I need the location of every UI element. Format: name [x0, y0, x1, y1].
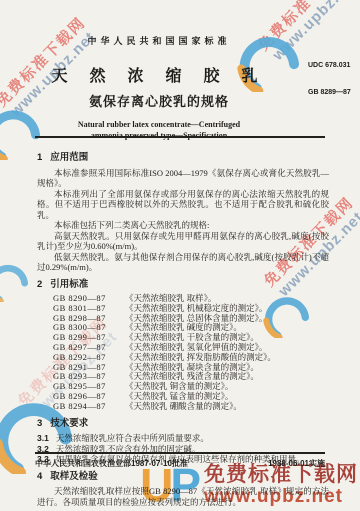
english-title-line1: Natural rubber latex concentrate—Centrif… — [78, 120, 240, 129]
paragraph: 本标准包括下列二类离心天然胶乳的规格: — [37, 220, 329, 231]
section-number: 3 — [37, 418, 42, 429]
section-number: 2 — [37, 279, 42, 290]
reference-item: GB 8294—87《天然胶乳 硼酸含量的测定》。 — [53, 402, 329, 412]
section-1-heading: 1应用范围 — [37, 153, 329, 164]
approval-note: 中华人民共和国农牧渔业部1987-07-10批准 — [35, 458, 188, 469]
section-number: 4 — [37, 471, 42, 482]
clause-text: 天然浓缩胶乳应符合表中所列质量要求。 — [56, 433, 209, 444]
header-divider — [35, 136, 325, 138]
page-subtitle: 氨保存离心胶乳的规格 — [18, 91, 300, 110]
standard-meta: UDC 678.031 GB 8289—87 — [308, 62, 360, 96]
standard-document-page: { "header": { "national_standard_label":… — [0, 0, 360, 511]
paragraph: 本标准列出了全部用氨保存或部分用氨保存的离心法浓缩天然胶乳的规格。但不适用于巴西… — [37, 189, 329, 221]
reference-list: GB 8290—87《天然浓缩胶乳 取样》。 GB 8301—87《天然浓缩胶乳… — [53, 294, 329, 412]
document-header: 中华人民共和国国家标准 天 然 浓 缩 胶 乳 氨保存离心胶乳的规格 Natur… — [18, 34, 300, 141]
national-standard-label: 中华人民共和国国家标准 — [18, 34, 300, 47]
standard-number: GB 8289—87 — [308, 89, 360, 96]
section-4-heading: 4取样及检验 — [37, 472, 329, 483]
document-footer: 中华人民共和国农牧渔业部1987-07-10批准 1988-06-01实施 — [35, 458, 325, 469]
section-label: 引用标准 — [50, 279, 88, 290]
paragraph: 高氨天然胶乳。只用氨保存或先用甲醛再用氨保存的离心胶乳,碱度(按胶乳计)至少应为… — [37, 231, 329, 252]
footer-divider — [35, 452, 325, 454]
section-3-heading: 3技术要求 — [37, 419, 329, 430]
section-label: 取样及检验 — [50, 471, 98, 482]
document-layer: 中华人民共和国国家标准 天 然 浓 缩 胶 乳 氨保存离心胶乳的规格 Natur… — [0, 0, 360, 511]
paragraph: 本标准参照采用国际标准ISO 2004—1979《氨保存离心或膏化天然胶乳—规格… — [37, 168, 329, 189]
reference-code: GB 8294—87 — [53, 402, 115, 412]
page-title: 天 然 浓 缩 胶 乳 — [18, 63, 300, 86]
clause-number: 3.1 — [37, 433, 49, 444]
reference-title: 《天然胶乳 硼酸含量的测定》。 — [125, 402, 242, 412]
section-label: 技术要求 — [50, 418, 88, 429]
implementation-date: 1988-06-01实施 — [268, 458, 325, 469]
section-label: 应用范围 — [50, 152, 88, 163]
clause-item: 3.1天然浓缩胶乳应符合表中所列质量要求。 — [37, 433, 329, 444]
section-number: 1 — [37, 152, 42, 163]
paragraph: 天然浓缩胶乳取样应按照GB 8290—87《天然浓缩胶乳 取样》规定的方法进行。… — [37, 486, 329, 507]
udc-number: UDC 678.031 — [308, 62, 360, 69]
paragraph: 低氨天然胶乳。氨与其他保存剂合用保存的离心胶乳,碱度(按胶乳计)不超过0.29%… — [37, 252, 329, 273]
section-2-heading: 2引用标准 — [37, 280, 329, 291]
